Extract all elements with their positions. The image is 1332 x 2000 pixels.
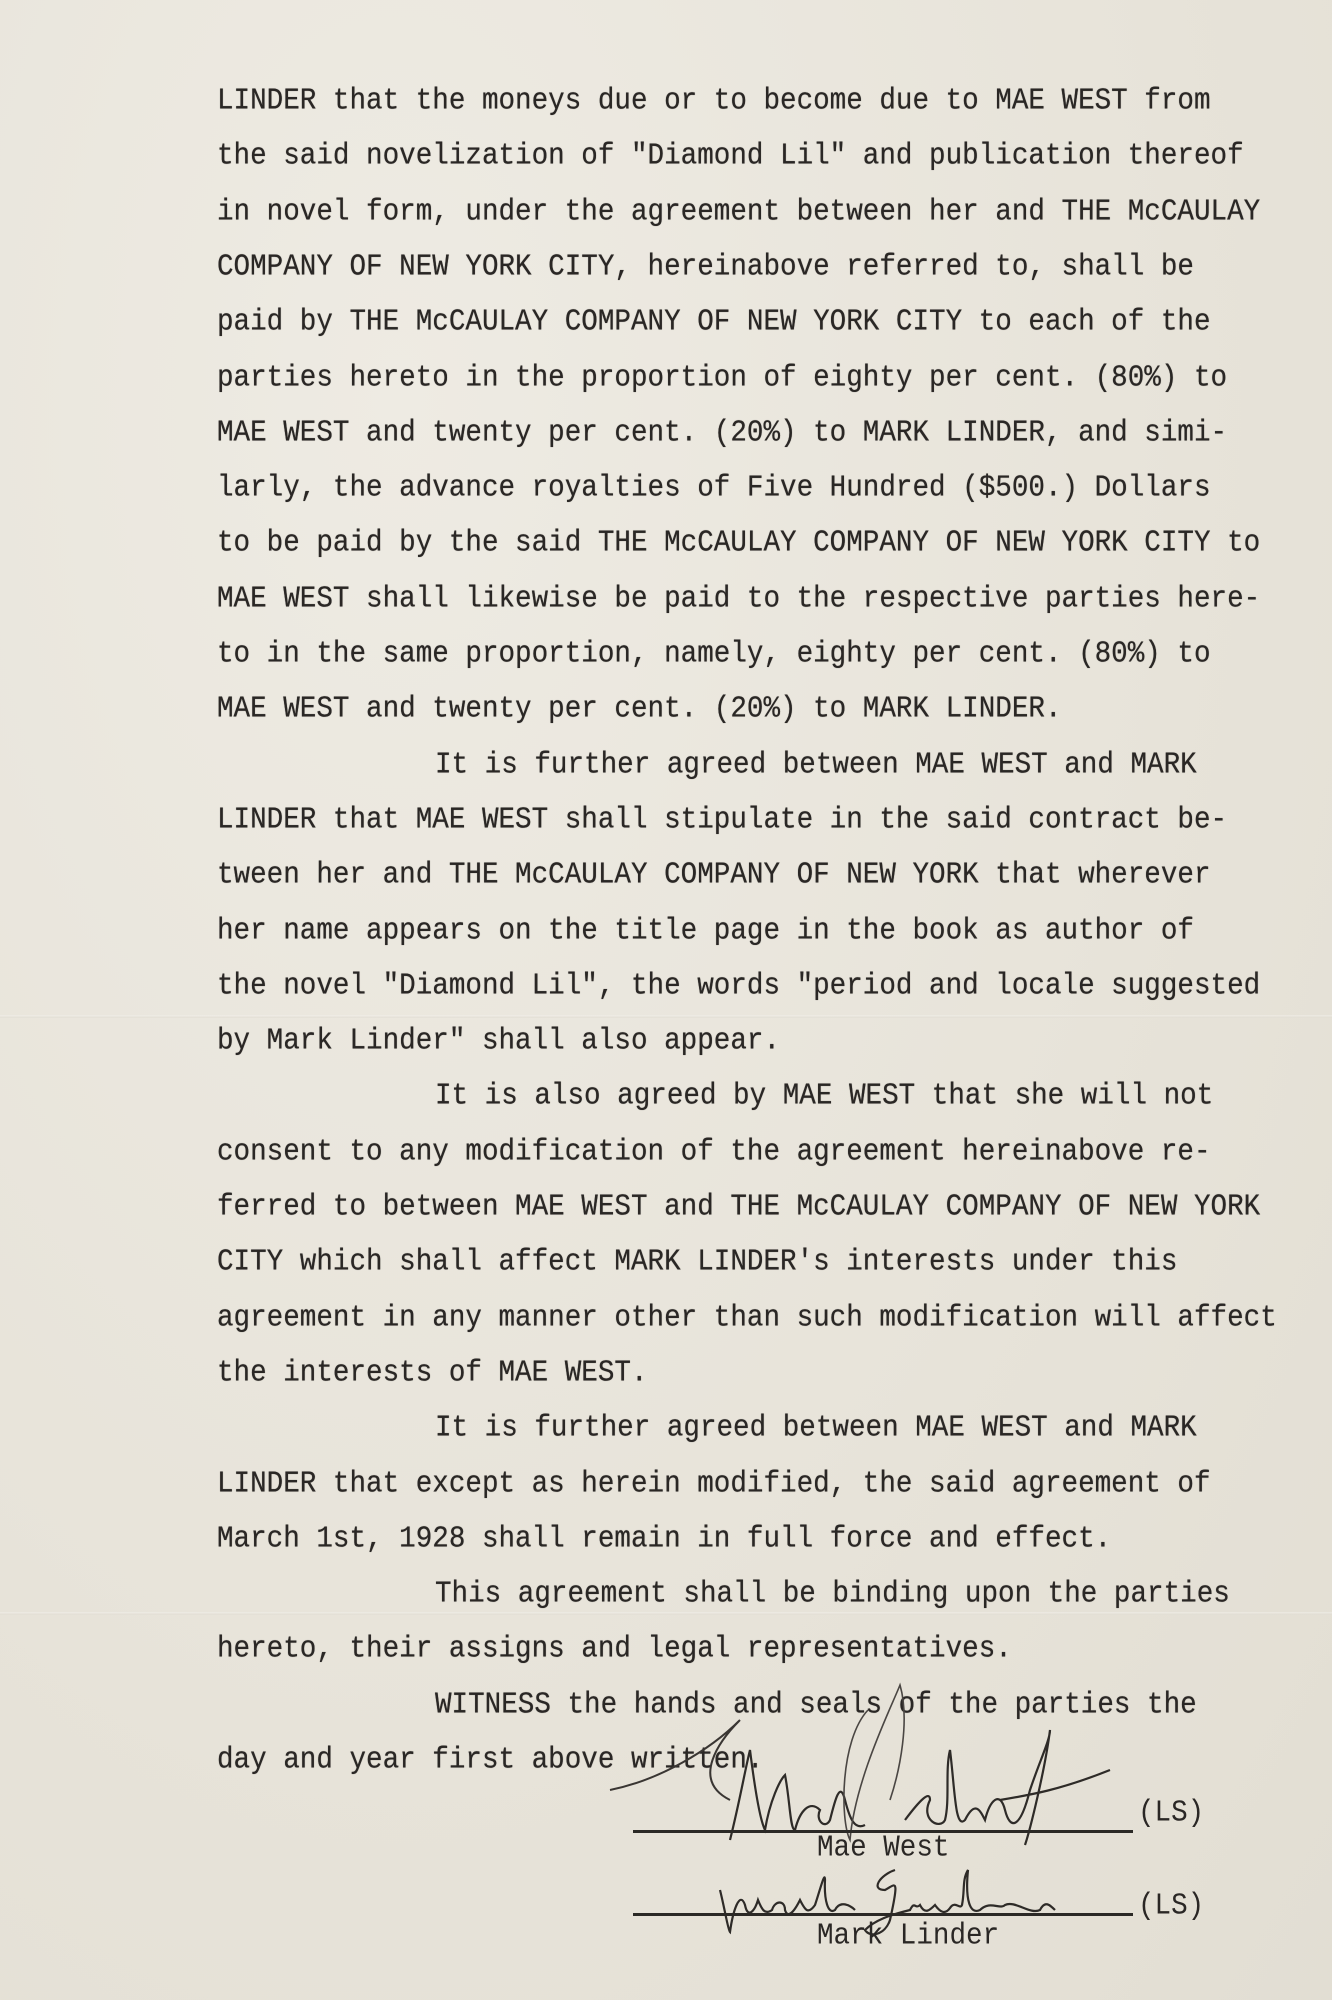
text-line: MAE WEST and twenty per cent. (20%) to M… — [217, 691, 1062, 729]
text-line: the novel "Diamond Lil", the words "peri… — [217, 968, 1260, 1006]
paragraph-first-line: It is further agreed between MAE WEST an… — [435, 747, 1197, 785]
text-line: tween her and THE McCAULAY COMPANY OF NE… — [217, 857, 1211, 895]
text-line: LINDER that the moneys due or to become … — [217, 83, 1211, 121]
text-line: LINDER that MAE WEST shall stipulate in … — [217, 802, 1227, 840]
seal-label: (LS) — [1138, 1795, 1204, 1833]
text-line: agreement in any manner other than such … — [217, 1300, 1277, 1338]
text-line: her name appears on the title page in th… — [217, 912, 1194, 950]
text-line: LINDER that except as herein modified, t… — [217, 1465, 1211, 1503]
text-line: by Mark Linder" shall also appear. — [217, 1023, 780, 1061]
text-line: paid by THE McCAULAY COMPANY OF NEW YORK… — [217, 304, 1211, 342]
text-line: consent to any modification of the agree… — [217, 1134, 1211, 1172]
text-line: MAE WEST and twenty per cent. (20%) to M… — [217, 415, 1227, 453]
text-line: MAE WEST shall likewise be paid to the r… — [217, 581, 1260, 619]
paper-fold — [0, 1015, 1332, 1018]
text-line: in novel form, under the agreement betwe… — [217, 194, 1260, 232]
paragraph-first-line: This agreement shall be binding upon the… — [435, 1576, 1230, 1614]
text-line: the said novelization of "Diamond Lil" a… — [217, 138, 1244, 176]
text-line: to in the same proportion, namely, eight… — [217, 636, 1211, 674]
text-line: COMPANY OF NEW YORK CITY, hereinabove re… — [217, 249, 1194, 287]
signature-line — [633, 1913, 1133, 1916]
text-line: hereto, their assigns and legal represen… — [217, 1631, 1012, 1669]
text-line: the interests of MAE WEST. — [217, 1355, 648, 1393]
text-line: larly, the advance royalties of Five Hun… — [217, 470, 1211, 508]
text-line: parties hereto in the proportion of eigh… — [217, 359, 1227, 397]
text-line: ferred to between MAE WEST and THE McCAU… — [217, 1189, 1260, 1227]
paragraph-first-line: It is further agreed between MAE WEST an… — [435, 1410, 1197, 1448]
seal-label: (LS) — [1138, 1888, 1204, 1926]
text-line: to be paid by the said THE McCAULAY COMP… — [217, 525, 1260, 563]
signer-name: Mark Linder — [817, 1918, 999, 1956]
text-line: March 1st, 1928 shall remain in full for… — [217, 1521, 1111, 1559]
paragraph-first-line: It is also agreed by MAE WEST that she w… — [435, 1078, 1213, 1116]
text-line: CITY which shall affect MARK LINDER's in… — [217, 1244, 1177, 1282]
